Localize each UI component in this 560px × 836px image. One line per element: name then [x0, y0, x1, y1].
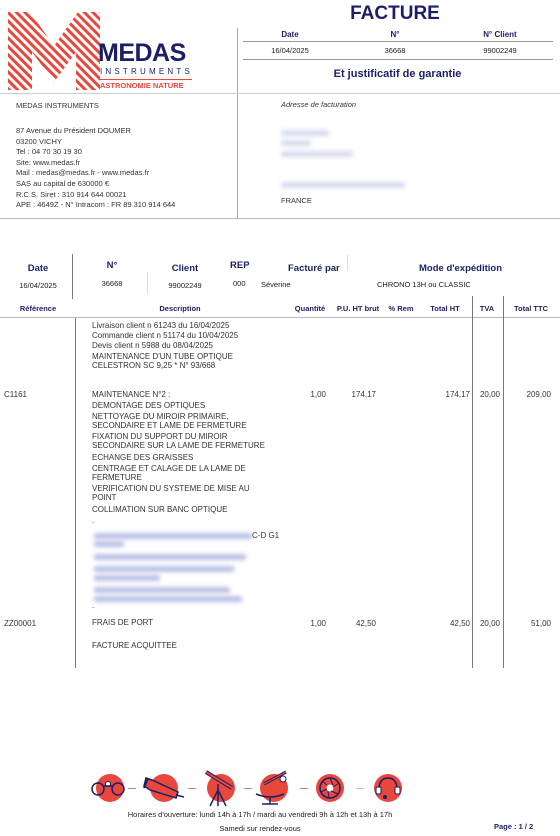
row-reference: C1161: [4, 390, 27, 399]
order-date-label: Date: [8, 263, 68, 274]
sender-line: R.C.S. Siret : 310 914 644 00021: [16, 190, 175, 201]
brand-tagline: ASTRONOMIE NATURE: [100, 81, 184, 90]
column-total-ht: Total HT: [420, 304, 470, 313]
order-number: 36668: [82, 279, 142, 288]
invoice-number-label: N°: [360, 30, 430, 39]
sender-line: Site: www.medas.fr: [16, 158, 175, 169]
invoice-client-number: 99002249: [465, 46, 535, 55]
row-total-ttc: 51,00: [505, 619, 551, 628]
camera-aperture-icon: [312, 770, 348, 806]
row-description: FRAIS DE PORT: [92, 618, 153, 627]
invoice-date-label: Date: [255, 30, 325, 39]
logo-m-mark-icon: [6, 4, 102, 90]
sender-line: Mail : medas@medas.fr - www.medas.fr: [16, 168, 175, 179]
billing-country: FRANCE: [281, 196, 312, 205]
order-date: 16/04/2025: [8, 281, 68, 290]
telescope-icon: [198, 764, 244, 810]
intro-line: Commande client n 51174 du 10/04/2025: [92, 331, 238, 341]
column-total-ttc: Total TTC: [504, 304, 558, 313]
microscope-icon: [250, 766, 296, 806]
row-unit-price: 174,17: [336, 390, 376, 399]
sender-line: 87 Avenue du Président DOUMER: [16, 126, 175, 137]
billing-contact-redacted: [281, 140, 311, 146]
paid-note: FACTURE ACQUITTEE: [92, 641, 177, 650]
page-indicator: Page : 1 / 2: [494, 822, 533, 831]
intro-line: Devis client n 5988 du 08/04/2025: [92, 341, 238, 351]
column-unit-price: P.U. HT brut: [331, 304, 385, 313]
invoice-date: 16/04/2025: [255, 46, 325, 55]
sender-name: MEDAS INSTRUMENTS: [16, 101, 99, 110]
sender-line: Tel : 04 70 30 19 30: [16, 147, 175, 158]
order-client: 99002249: [155, 281, 215, 290]
row-reference: ZZ00001: [4, 619, 36, 628]
order-rep-label: REP: [230, 260, 250, 271]
redacted-line: [94, 533, 252, 539]
footer-icons: [88, 770, 418, 810]
order-client-label: Client: [155, 263, 215, 274]
invoice-subtitle: Et justificatif de garantie: [240, 68, 555, 80]
row-tva: 20,00: [474, 390, 500, 399]
order-number-label: N°: [82, 260, 142, 271]
sender-address: 87 Avenue du Président DOUMER 03200 VICH…: [16, 126, 175, 211]
intro-line: CELESTRON SC 9,25 * N° 93/668: [92, 361, 238, 371]
sender-line: 03200 VICHY: [16, 137, 175, 148]
row-total-ht: 174,17: [425, 390, 470, 399]
redacted-line: [94, 541, 124, 547]
order-rep: 000: [233, 279, 246, 288]
row-description: MAINTENANCE N°2 : DEMONTAGE DES OPTIQUES…: [92, 390, 292, 525]
billing-name-redacted: [281, 130, 329, 136]
redacted-line: [94, 566, 234, 572]
row-blurred-suffix: C-D G1: [252, 531, 279, 540]
logo: MEDAS INSTRUMENTS ASTRONOMIE NATURE: [6, 4, 196, 90]
headphones-icon: [370, 770, 406, 806]
billing-label: Adresse de facturation: [281, 100, 356, 109]
order-shipping-label: Mode d'expédition: [419, 263, 502, 274]
column-reference: Référence: [8, 304, 68, 313]
column-quantity: Quantité: [288, 304, 332, 313]
brand-tagline-rule: [100, 79, 192, 80]
invoice-number: 36668: [360, 46, 430, 55]
redacted-line: [94, 587, 230, 593]
opening-hours: Horaires d'ouverture: lundi 14h à 17h / …: [60, 810, 460, 819]
invoice-title: FACTURE: [240, 3, 550, 25]
row-tva: 20,00: [474, 619, 500, 628]
table-intro: Livraison client n 61243 du 16/04/2025 C…: [92, 321, 238, 371]
order-shipping: CHRONO 13H ou CLASSIC: [377, 280, 471, 289]
redacted-line: [94, 575, 160, 581]
intro-line: Livraison client n 61243 du 16/04/2025: [92, 321, 238, 331]
row-total-ht: 42,50: [425, 619, 470, 628]
binoculars-icon: [88, 770, 128, 806]
order-billed-by-label: Facturé par: [288, 263, 340, 274]
invoice-client-label: N° Client: [465, 30, 535, 39]
order-billed-by: Séverine: [261, 280, 291, 289]
column-description: Description: [130, 304, 230, 313]
redacted-line: [94, 554, 246, 560]
row-unit-price: 42,50: [336, 619, 376, 628]
billing-city-redacted: [281, 182, 405, 188]
sender-line: APE : 4649Z - N° Intracom : FR 89 310 91…: [16, 200, 175, 211]
saturday-hours: Samedi sur rendez-vous: [140, 824, 380, 833]
brand-name: MEDAS: [98, 40, 186, 66]
row-quantity: 1,00: [290, 619, 326, 628]
row-trailing: .: [92, 601, 94, 610]
billing-street-redacted: [281, 151, 353, 157]
brand-sub: INSTRUMENTS: [100, 67, 193, 76]
row-quantity: 1,00: [290, 390, 326, 399]
spotting-scope-icon: [138, 770, 188, 806]
sender-line: SAS au capital de 630000 €: [16, 179, 175, 190]
column-discount: % Rem: [384, 304, 418, 313]
redacted-line: [94, 596, 242, 602]
row-total-ttc: 209,00: [505, 390, 551, 399]
column-tva: TVA: [473, 304, 501, 313]
